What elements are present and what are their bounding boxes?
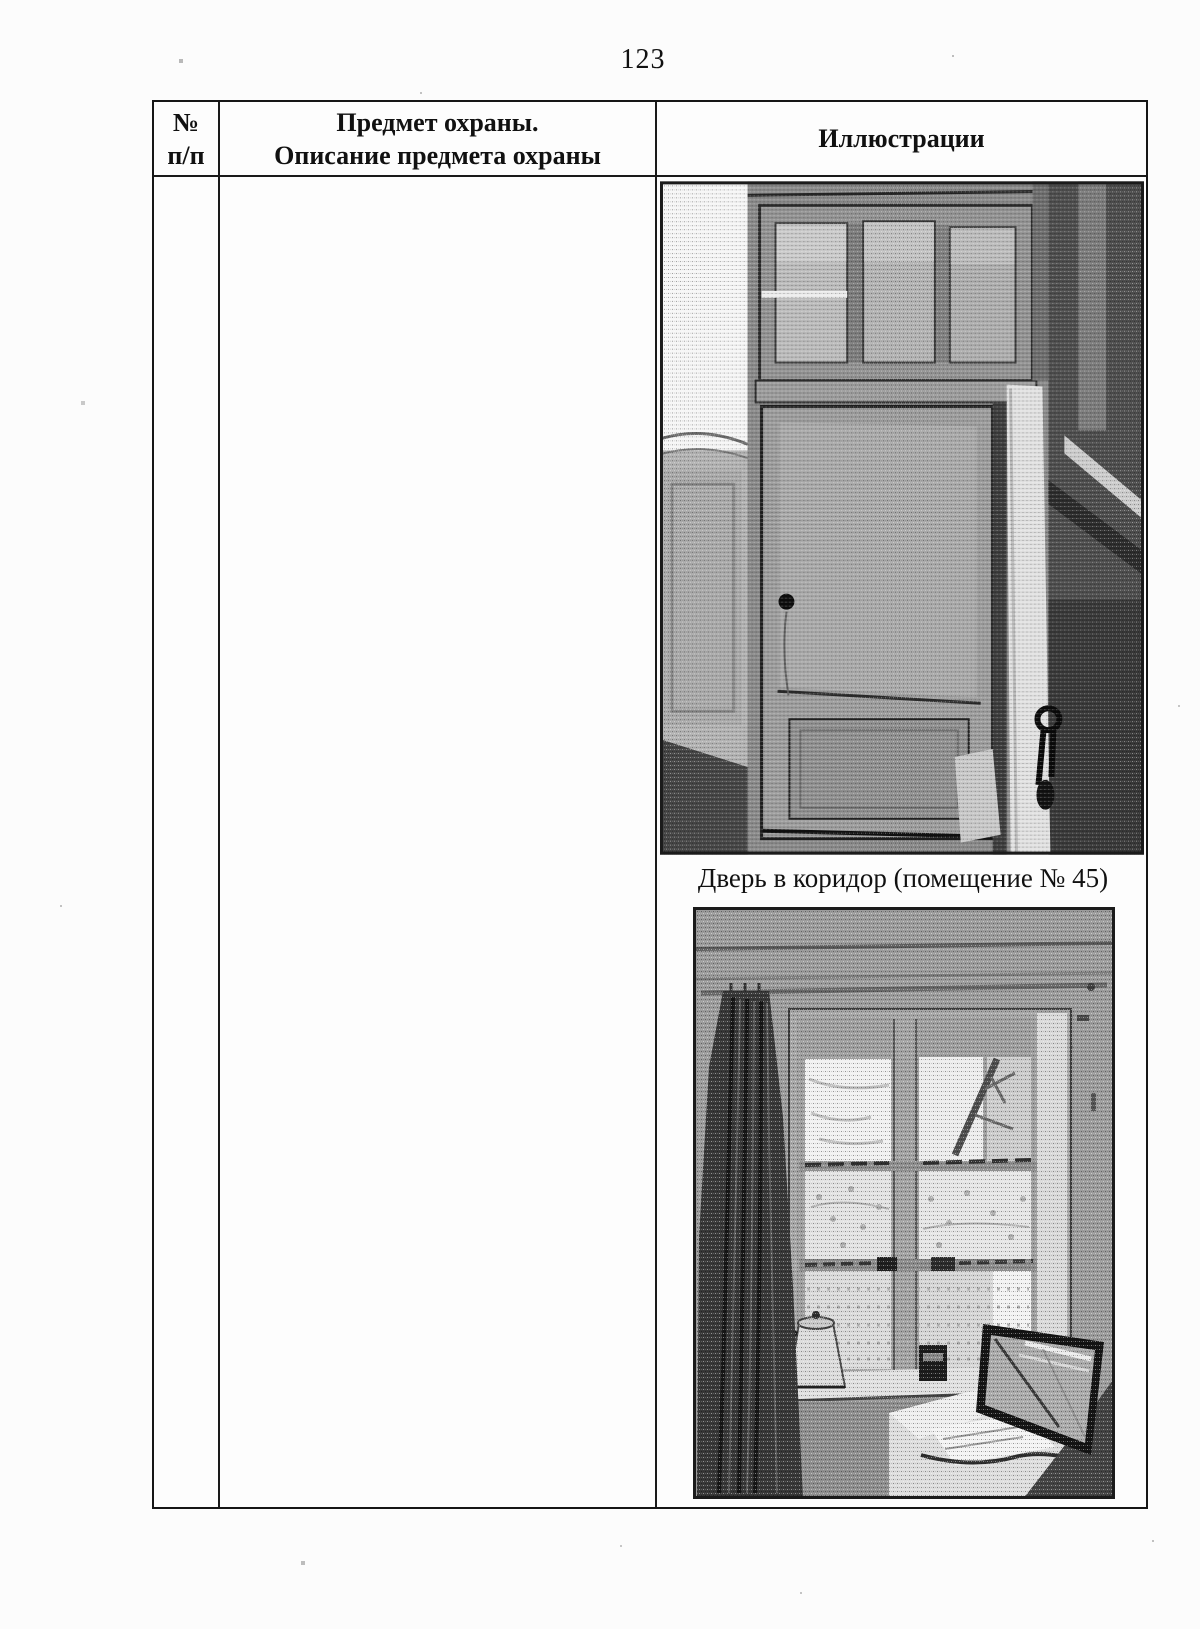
page-number: 123 (543, 44, 743, 76)
header-cell-subject: Предмет охраны. Описание предмета охраны (220, 102, 657, 177)
body-cell-subject (220, 177, 657, 1507)
header-cell-illustrations: Иллюстрации (657, 102, 1146, 177)
header-cell-number: № п/п (154, 102, 220, 177)
body-cell-number (154, 177, 220, 1507)
scan-speckles (0, 0, 2, 2)
photo-caption: Дверь в коридор (помещение № 45) (660, 861, 1146, 895)
door-to-corridor-photo (660, 180, 1144, 856)
protection-subject-table: № п/п Предмет охраны. Описание предмета … (152, 100, 1148, 1509)
window-of-room-photo (693, 907, 1115, 1499)
body-cell-illustrations: Дверь в коридор (помещение № 45) (657, 177, 1146, 1507)
